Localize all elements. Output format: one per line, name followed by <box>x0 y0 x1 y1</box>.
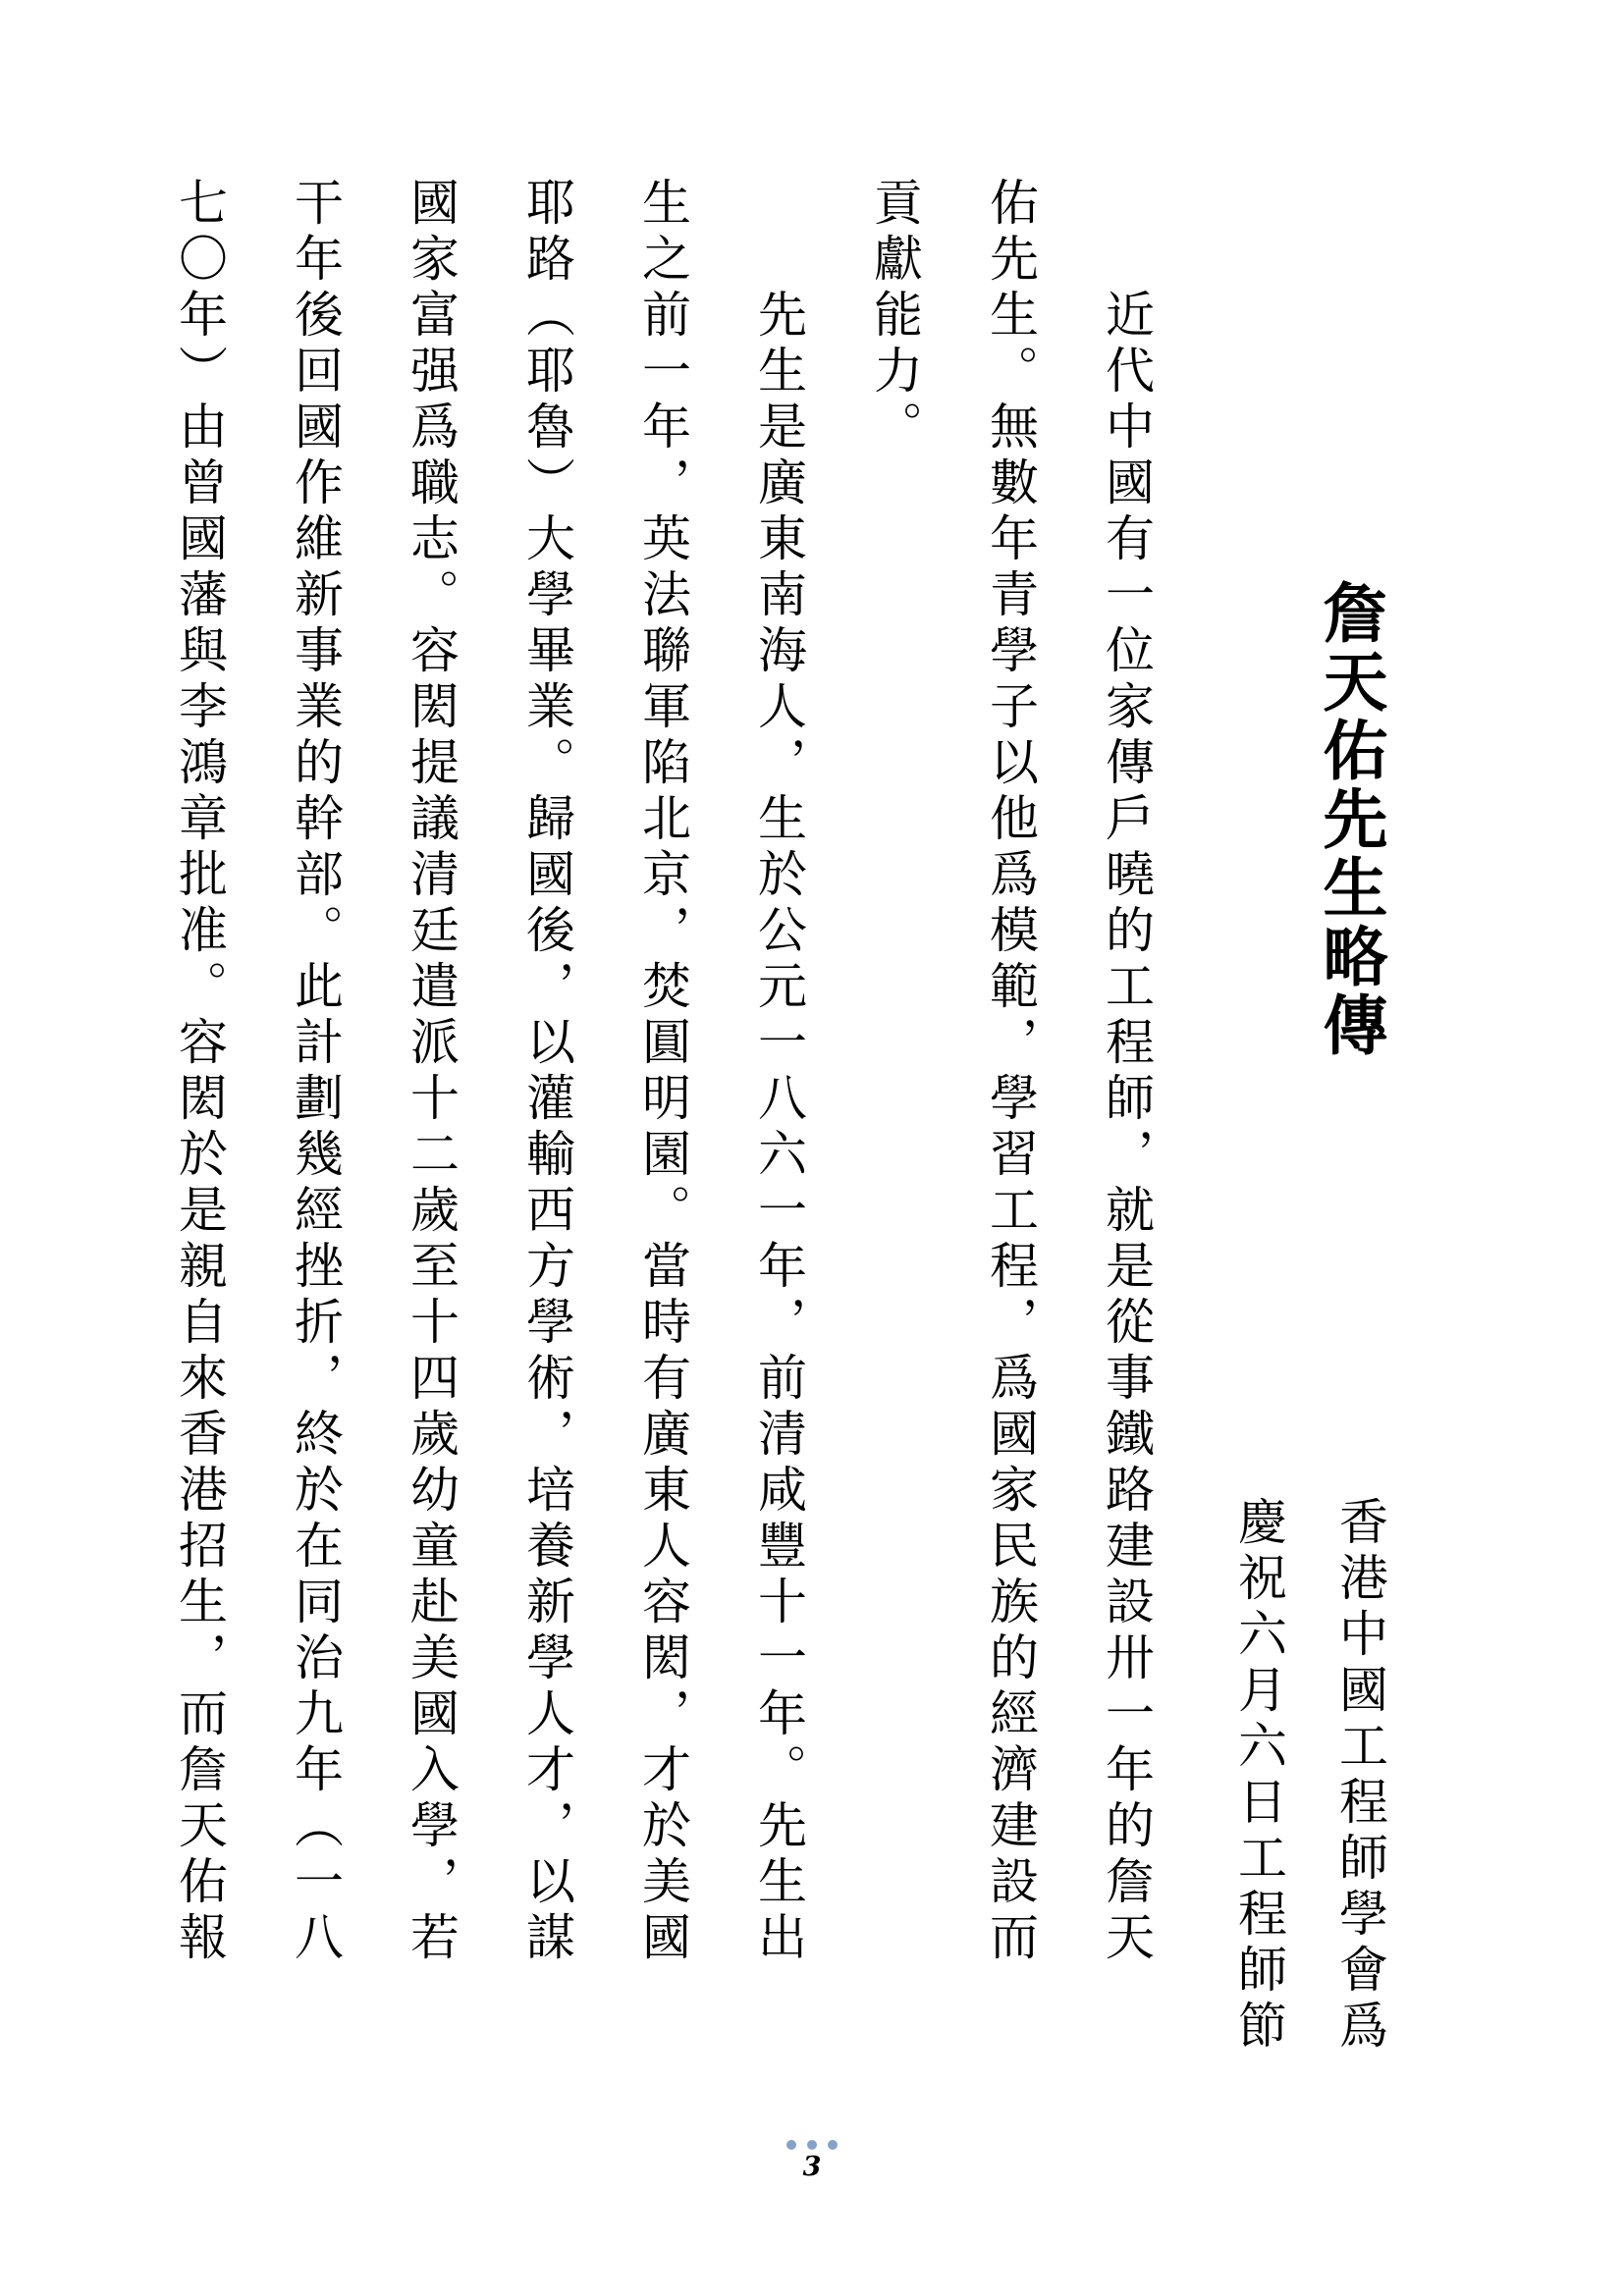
document-page: 詹天佑先生略傳 香港中國工程師學會爲 慶祝六月六日工程師節 近代中國有一位家傳戶… <box>0 0 1624 2296</box>
body-column-1: 近代中國有一位家傳戶曉的工程師，就是從事鐵路建設卅一年的詹天 <box>1098 177 1155 2085</box>
body-column-2: 佑先生。無數年青學子以他爲模範，學習工程，爲國家民族的經濟建設而 <box>982 177 1039 1973</box>
body-column-3: 貢獻能力。 <box>866 177 923 1973</box>
footer-dots <box>786 2140 838 2150</box>
attribution-line-2: 慶祝六月六日工程師節 <box>1230 1496 1287 2056</box>
body-column-7: 國家富强爲職志。容閎提議清廷遣派十二歲至十四歲幼童赴美國入學，若 <box>403 177 460 1973</box>
attribution-line-1: 香港中國工程師學會爲 <box>1331 1496 1388 2056</box>
body-column-6: 耶路（耶魯）大學畢業。歸國後，以灌輸西方學術，培養新學人才，以謀 <box>518 177 575 1973</box>
page-number: 3 <box>0 2152 1624 2182</box>
dot-icon <box>786 2140 796 2150</box>
body-column-5: 生之前一年，英法聯軍陷北京，焚圓明園。當時有廣東人容閎，才於美國 <box>634 177 691 1973</box>
body-column-4: 先生是廣東南海人，生於公元一八六一年，前清咸豐十一年。先生出 <box>750 177 807 2085</box>
body-column-8: 干年後回國作維新事業的幹部。此計劃幾經挫折，終於在同治九年（一八 <box>287 177 344 1973</box>
dot-icon <box>807 2140 817 2150</box>
body-column-9: 七〇年）由曾國藩與李鴻章批准。容閎於是親自來香港招生，而詹天佑報 <box>171 177 228 1973</box>
page-title: 詹天佑先生略傳 <box>1312 579 1388 1060</box>
dot-icon <box>828 2140 838 2150</box>
